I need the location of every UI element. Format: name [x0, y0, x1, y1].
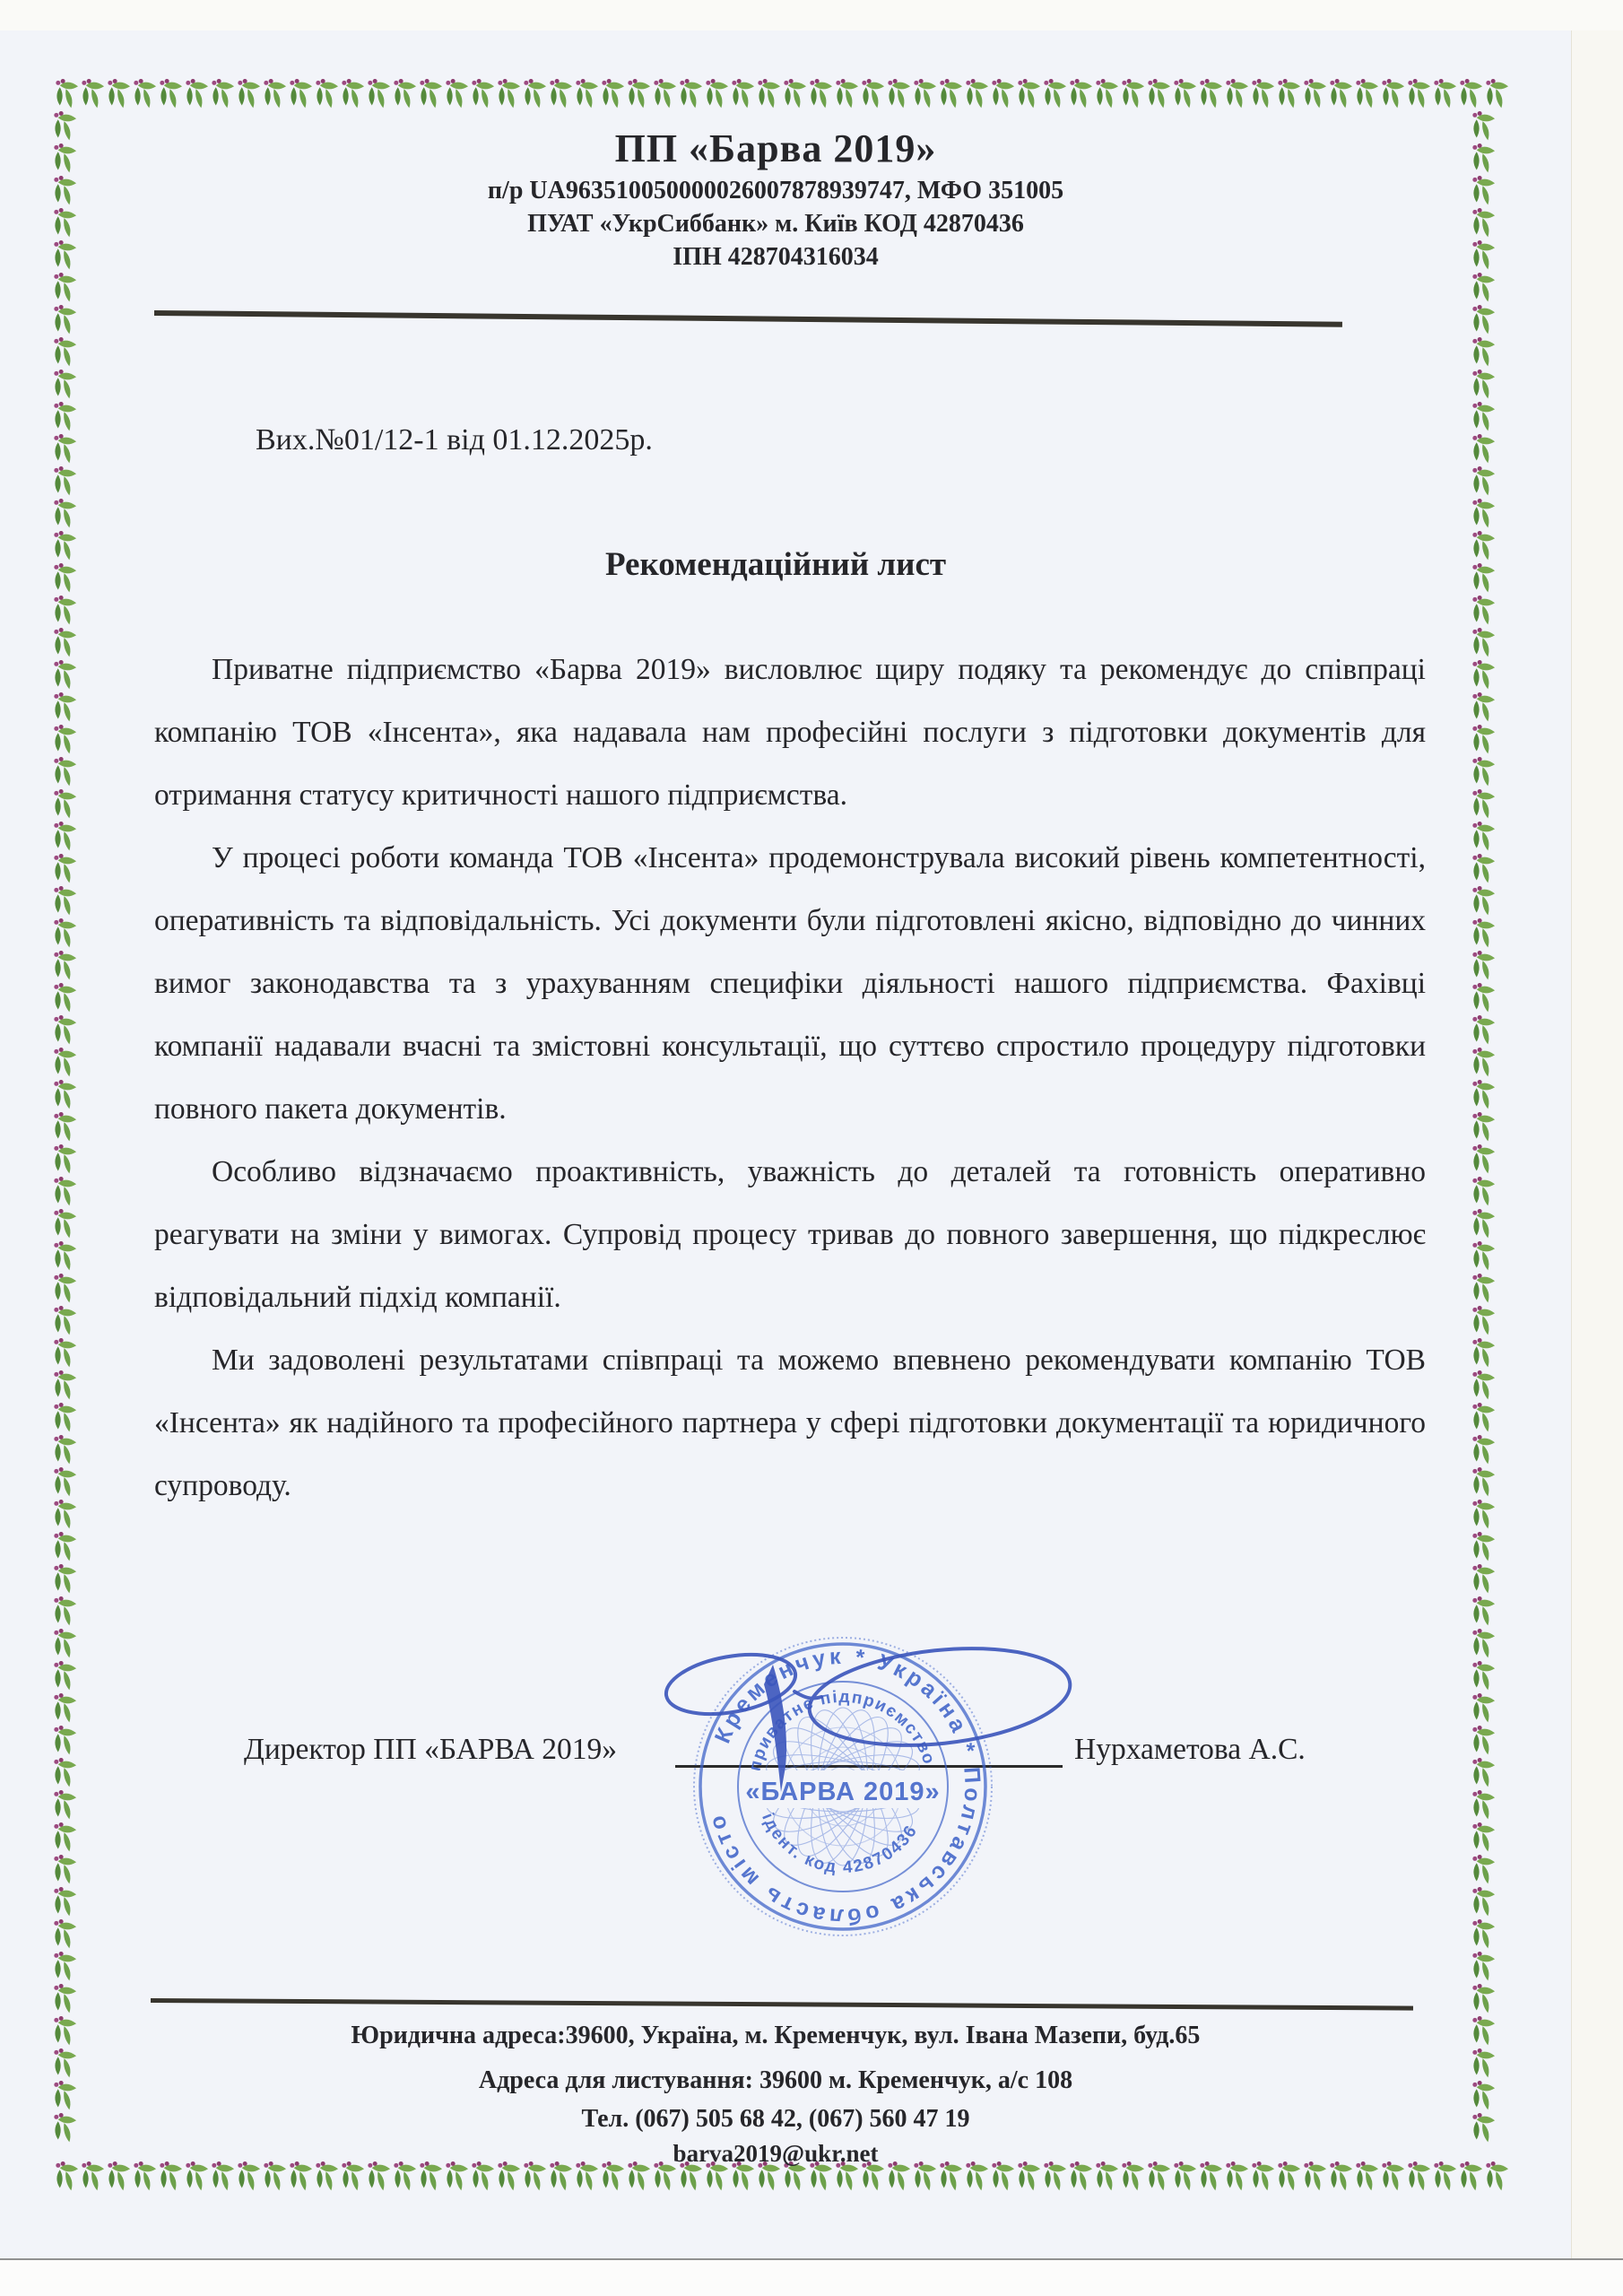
scan-bottom-edge	[0, 2258, 1623, 2296]
holly-sprig-icon	[52, 368, 78, 400]
holly-sprig-icon	[52, 755, 78, 787]
holly-sprig-icon	[1471, 1013, 1497, 1046]
signature-descender	[764, 1665, 786, 1792]
holly-sprig-icon	[52, 432, 78, 465]
holly-sprig-icon	[1432, 77, 1458, 109]
holly-sprig-icon	[1471, 1853, 1497, 1885]
holly-sprig-icon	[1471, 1433, 1497, 1465]
holly-sprig-icon	[1471, 142, 1497, 174]
holly-sprig-icon	[1471, 2111, 1497, 2144]
paragraph-1: Приватне підприємство «Барва 2019» висло…	[154, 639, 1426, 827]
holly-sprig-icon	[52, 2047, 78, 2079]
holly-sprig-icon	[52, 271, 78, 303]
holly-sprig-icon	[496, 77, 522, 109]
holly-sprig-icon	[210, 77, 236, 109]
holly-sprig-icon	[1471, 1046, 1497, 1078]
mailing-address: Адреса для листування: 39600 м. Кременчу…	[103, 2066, 1448, 2095]
holly-sprig-icon	[52, 981, 78, 1013]
holly-sprig-icon	[1471, 1239, 1497, 1272]
holly-sprig-icon	[1471, 1530, 1497, 1562]
holly-sprig-icon	[52, 1982, 78, 2014]
holly-sprig-icon	[1471, 1207, 1497, 1239]
holly-sprig-icon	[1471, 1078, 1497, 1110]
holly-sprig-icon	[1471, 2079, 1497, 2111]
holly-sprig-icon	[52, 1272, 78, 1304]
holly-sprig-icon	[574, 77, 600, 109]
footer-divider-rule	[151, 1998, 1413, 2011]
scanned-letter-page: { "header": { "company": "ПП «Барва 2019…	[0, 0, 1623, 2296]
bank-account-line: п/р UA963510050000026007878939747, МФО 3…	[103, 177, 1448, 205]
holly-sprig-icon	[1198, 77, 1224, 109]
holly-sprig-icon	[52, 529, 78, 561]
holly-sprig-icon	[1016, 77, 1042, 109]
holly-sprig-icon	[52, 917, 78, 949]
holly-sprig-icon	[1471, 400, 1497, 432]
holly-sprig-icon	[52, 1595, 78, 1627]
holly-sprig-icon	[1068, 77, 1094, 109]
holly-sprig-icon	[1354, 77, 1380, 109]
holly-sprig-icon	[52, 1143, 78, 1175]
holly-sprig-icon	[1471, 1562, 1497, 1595]
holly-sprig-icon	[1471, 755, 1497, 787]
holly-sprig-icon	[1471, 1821, 1497, 1853]
holly-sprig-icon	[1471, 1885, 1497, 1918]
bank-name-line: ПУАТ «УкрСиббанк» м. Київ КОД 42870436	[103, 210, 1448, 239]
scan-top-edge	[0, 0, 1623, 30]
decorative-border-top	[54, 77, 1510, 109]
holly-sprig-icon	[756, 77, 782, 109]
holly-sprig-icon	[1471, 658, 1497, 691]
holly-sprig-icon	[52, 497, 78, 529]
holly-sprig-icon	[52, 206, 78, 239]
holly-sprig-icon	[782, 77, 808, 109]
holly-sprig-icon	[1471, 594, 1497, 626]
holly-sprig-icon	[52, 400, 78, 432]
holly-sprig-icon	[1471, 917, 1497, 949]
paragraph-3: Особливо відзначаємо проактивність, уваж…	[154, 1141, 1426, 1329]
holly-sprig-icon	[52, 1885, 78, 1918]
holly-sprig-icon	[1471, 1465, 1497, 1498]
holly-sprig-icon	[52, 594, 78, 626]
holly-sprig-icon	[52, 465, 78, 497]
holly-sprig-icon	[52, 1110, 78, 1143]
holly-sprig-icon	[52, 1659, 78, 1692]
letter-body: Приватне підприємство «Барва 2019» висло…	[154, 639, 1426, 1518]
holly-sprig-icon	[1471, 691, 1497, 723]
holly-sprig-icon	[288, 77, 314, 109]
email-address: barva2019@ukr.net	[103, 2140, 1448, 2168]
holly-sprig-icon	[52, 787, 78, 820]
holly-sprig-icon	[52, 335, 78, 368]
holly-sprig-icon	[1471, 1756, 1497, 1788]
holly-sprig-icon	[366, 77, 392, 109]
holly-sprig-icon	[1484, 77, 1510, 109]
holly-sprig-icon	[52, 1498, 78, 1530]
holly-sprig-icon	[184, 77, 210, 109]
holly-sprig-icon	[1471, 852, 1497, 884]
paragraph-2: У процесі роботи команда ТОВ «Інсента» п…	[154, 827, 1426, 1141]
holly-sprig-icon	[1471, 1369, 1497, 1401]
holly-sprig-icon	[938, 77, 964, 109]
holly-sprig-icon	[52, 884, 78, 917]
holly-sprig-icon	[1471, 368, 1497, 400]
holly-sprig-icon	[54, 2160, 80, 2192]
holly-sprig-icon	[52, 1013, 78, 1046]
holly-sprig-icon	[1172, 77, 1198, 109]
holly-sprig-icon	[52, 1433, 78, 1465]
holly-sprig-icon	[80, 77, 106, 109]
holly-sprig-icon	[106, 77, 132, 109]
holly-sprig-icon	[1471, 2047, 1497, 2079]
legal-address: Юридична адреса:39600, Україна, м. Креме…	[103, 2022, 1448, 2050]
paragraph-4: Ми задоволені результатами співпраці та …	[154, 1329, 1426, 1518]
holly-sprig-icon	[1094, 77, 1120, 109]
phone-numbers: Тел. (067) 505 68 42, (067) 560 47 19	[103, 2105, 1448, 2134]
holly-sprig-icon	[236, 77, 262, 109]
holly-sprig-icon	[52, 949, 78, 981]
holly-sprig-icon	[834, 77, 860, 109]
holly-sprig-icon	[1276, 77, 1302, 109]
company-name: ПП «Барва 2019»	[103, 126, 1448, 171]
holly-sprig-icon	[1146, 77, 1172, 109]
holly-sprig-icon	[1471, 626, 1497, 658]
holly-sprig-icon	[132, 77, 158, 109]
holly-sprig-icon	[1471, 1692, 1497, 1724]
document-title: Рекомендаційний лист	[103, 545, 1448, 584]
holly-sprig-icon	[1471, 884, 1497, 917]
holly-sprig-icon	[52, 1692, 78, 1724]
holly-sprig-icon	[52, 1530, 78, 1562]
holly-sprig-icon	[600, 77, 626, 109]
holly-sprig-icon	[52, 1239, 78, 1272]
holly-sprig-icon	[1471, 1110, 1497, 1143]
holly-sprig-icon	[1471, 1401, 1497, 1433]
holly-sprig-icon	[52, 1627, 78, 1659]
holly-sprig-icon	[1471, 1272, 1497, 1304]
holly-sprig-icon	[52, 1207, 78, 1239]
holly-sprig-icon	[52, 1046, 78, 1078]
holly-sprig-icon	[730, 77, 756, 109]
holly-sprig-icon	[1471, 1143, 1497, 1175]
holly-sprig-icon	[1471, 1304, 1497, 1336]
scan-right-edge	[1571, 0, 1623, 2258]
holly-sprig-icon	[52, 1465, 78, 1498]
holly-sprig-icon	[1328, 77, 1354, 109]
holly-sprig-icon	[1471, 1659, 1497, 1692]
holly-sprig-icon	[52, 626, 78, 658]
holly-sprig-icon	[52, 1336, 78, 1369]
holly-sprig-icon	[678, 77, 704, 109]
holly-sprig-icon	[1471, 303, 1497, 335]
outgoing-reference: Вих.№01/12-1 від 01.12.2025р.	[256, 423, 653, 457]
holly-sprig-icon	[1471, 1595, 1497, 1627]
holly-sprig-icon	[444, 77, 470, 109]
holly-sprig-icon	[704, 77, 730, 109]
holly-sprig-icon	[1042, 77, 1068, 109]
holly-sprig-icon	[1471, 2014, 1497, 2047]
holly-sprig-icon	[80, 2160, 106, 2192]
decorative-border-right	[1471, 109, 1497, 2144]
holly-sprig-icon	[1471, 723, 1497, 755]
holly-sprig-icon	[52, 820, 78, 852]
holly-sprig-icon	[52, 1724, 78, 1756]
holly-sprig-icon	[990, 77, 1016, 109]
tax-id-line: ІПН 428704316034	[103, 243, 1448, 272]
holly-sprig-icon	[548, 77, 574, 109]
holly-sprig-icon	[1471, 271, 1497, 303]
holly-sprig-icon	[52, 852, 78, 884]
holly-sprig-icon	[1471, 465, 1497, 497]
holly-sprig-icon	[52, 1304, 78, 1336]
holly-sprig-icon	[52, 1918, 78, 1950]
holly-sprig-icon	[1458, 77, 1484, 109]
holly-sprig-icon	[262, 77, 288, 109]
holly-sprig-icon	[1471, 497, 1497, 529]
holly-sprig-icon	[52, 142, 78, 174]
holly-sprig-icon	[52, 1401, 78, 1433]
holly-sprig-icon	[52, 2014, 78, 2047]
holly-sprig-icon	[912, 77, 938, 109]
holly-sprig-icon	[1484, 2160, 1510, 2192]
holly-sprig-icon	[1471, 174, 1497, 206]
holly-sprig-icon	[392, 77, 418, 109]
decorative-border-left	[52, 109, 78, 2144]
holly-sprig-icon	[1302, 77, 1328, 109]
holly-sprig-icon	[52, 723, 78, 755]
holly-sprig-icon	[1471, 1918, 1497, 1950]
holly-sprig-icon	[1471, 1788, 1497, 1821]
holly-sprig-icon	[1471, 1498, 1497, 1530]
holly-sprig-icon	[52, 561, 78, 594]
holly-sprig-icon	[1471, 1724, 1497, 1756]
holly-sprig-icon	[1406, 77, 1432, 109]
holly-sprig-icon	[52, 1821, 78, 1853]
holly-sprig-icon	[52, 1078, 78, 1110]
holly-sprig-icon	[52, 174, 78, 206]
holly-sprig-icon	[626, 77, 652, 109]
holly-sprig-icon	[1471, 1627, 1497, 1659]
holly-sprig-icon	[964, 77, 990, 109]
holly-sprig-icon	[1471, 1175, 1497, 1207]
holly-sprig-icon	[1458, 2160, 1484, 2192]
holly-sprig-icon	[1471, 432, 1497, 465]
holly-sprig-icon	[652, 77, 678, 109]
holly-sprig-icon	[52, 2111, 78, 2144]
signature-ink	[644, 1639, 1092, 1819]
holly-sprig-icon	[1471, 949, 1497, 981]
holly-sprig-icon	[1471, 239, 1497, 271]
holly-sprig-icon	[52, 2079, 78, 2111]
holly-sprig-icon	[418, 77, 444, 109]
holly-sprig-icon	[54, 77, 80, 109]
holly-sprig-icon	[1471, 561, 1497, 594]
holly-sprig-icon	[470, 77, 496, 109]
holly-sprig-icon	[1224, 77, 1250, 109]
header-divider-rule	[154, 310, 1342, 327]
holly-sprig-icon	[1471, 1336, 1497, 1369]
holly-sprig-icon	[52, 109, 78, 142]
holly-sprig-icon	[886, 77, 912, 109]
holly-sprig-icon	[158, 77, 184, 109]
signature-right-loop	[804, 1639, 1074, 1757]
holly-sprig-icon	[522, 77, 548, 109]
holly-sprig-icon	[52, 691, 78, 723]
holly-sprig-icon	[1250, 77, 1276, 109]
holly-sprig-icon	[52, 1853, 78, 1885]
holly-sprig-icon	[1471, 1950, 1497, 1982]
holly-sprig-icon	[314, 77, 340, 109]
holly-sprig-icon	[52, 658, 78, 691]
holly-sprig-icon	[860, 77, 886, 109]
holly-sprig-icon	[1380, 77, 1406, 109]
holly-sprig-icon	[1471, 335, 1497, 368]
holly-sprig-icon	[340, 77, 366, 109]
holly-sprig-icon	[1471, 529, 1497, 561]
director-name: Нурхаметова А.С.	[1074, 1733, 1306, 1767]
director-role-label: Директор ПП «БАРВА 2019»	[244, 1733, 617, 1767]
holly-sprig-icon	[52, 1562, 78, 1595]
holly-sprig-icon	[1120, 77, 1146, 109]
holly-sprig-icon	[52, 1788, 78, 1821]
holly-sprig-icon	[52, 303, 78, 335]
holly-sprig-icon	[1471, 981, 1497, 1013]
holly-sprig-icon	[1471, 787, 1497, 820]
holly-sprig-icon	[1471, 206, 1497, 239]
holly-sprig-icon	[52, 1175, 78, 1207]
holly-sprig-icon	[52, 1756, 78, 1788]
holly-sprig-icon	[1471, 820, 1497, 852]
holly-sprig-icon	[52, 1950, 78, 1982]
holly-sprig-icon	[52, 1369, 78, 1401]
holly-sprig-icon	[1471, 1982, 1497, 2014]
holly-sprig-icon	[1471, 109, 1497, 142]
holly-sprig-icon	[52, 239, 78, 271]
holly-sprig-icon	[808, 77, 834, 109]
